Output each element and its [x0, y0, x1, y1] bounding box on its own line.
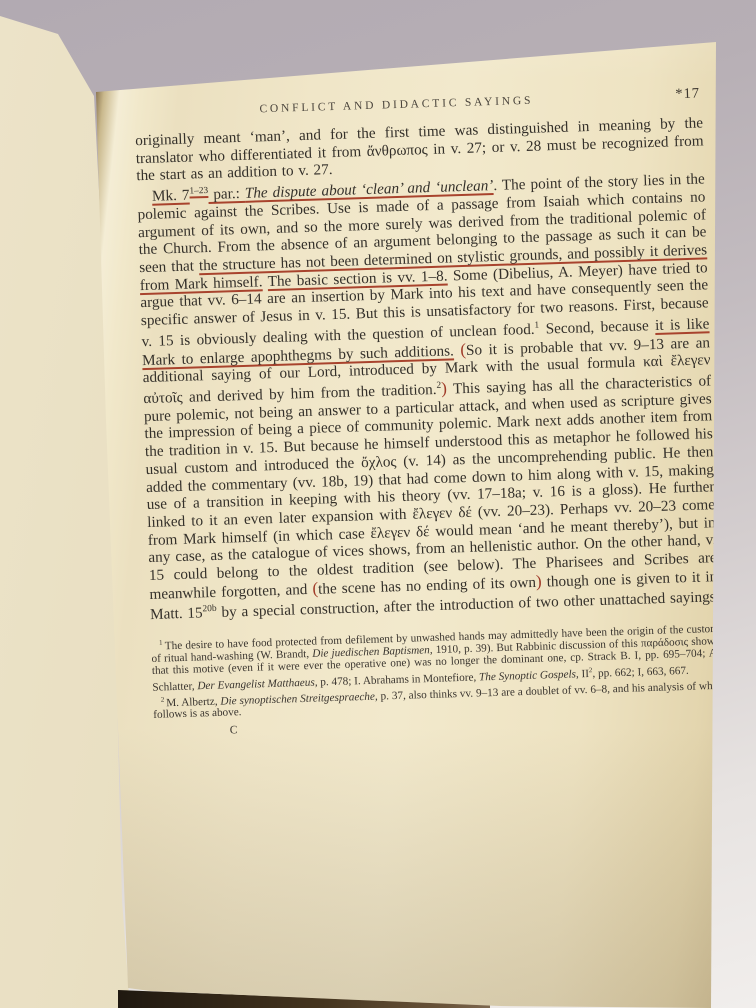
footnotes: 1 The desire to have food protected from…: [151, 619, 721, 721]
book-photo: HE SAYINGS OF JESU ed to trace back to J…: [0, 0, 756, 1008]
running-header-title: CONFLICT AND DIDACTIC SAYINGS: [259, 95, 533, 116]
right-page-text-block: CONFLICT AND DIDACTIC SAYINGS *17 origin…: [134, 83, 722, 738]
page-number: *17: [675, 85, 700, 103]
paragraph-main: Mk. 71–23 par.: The dispute about ‘clean…: [137, 167, 719, 624]
